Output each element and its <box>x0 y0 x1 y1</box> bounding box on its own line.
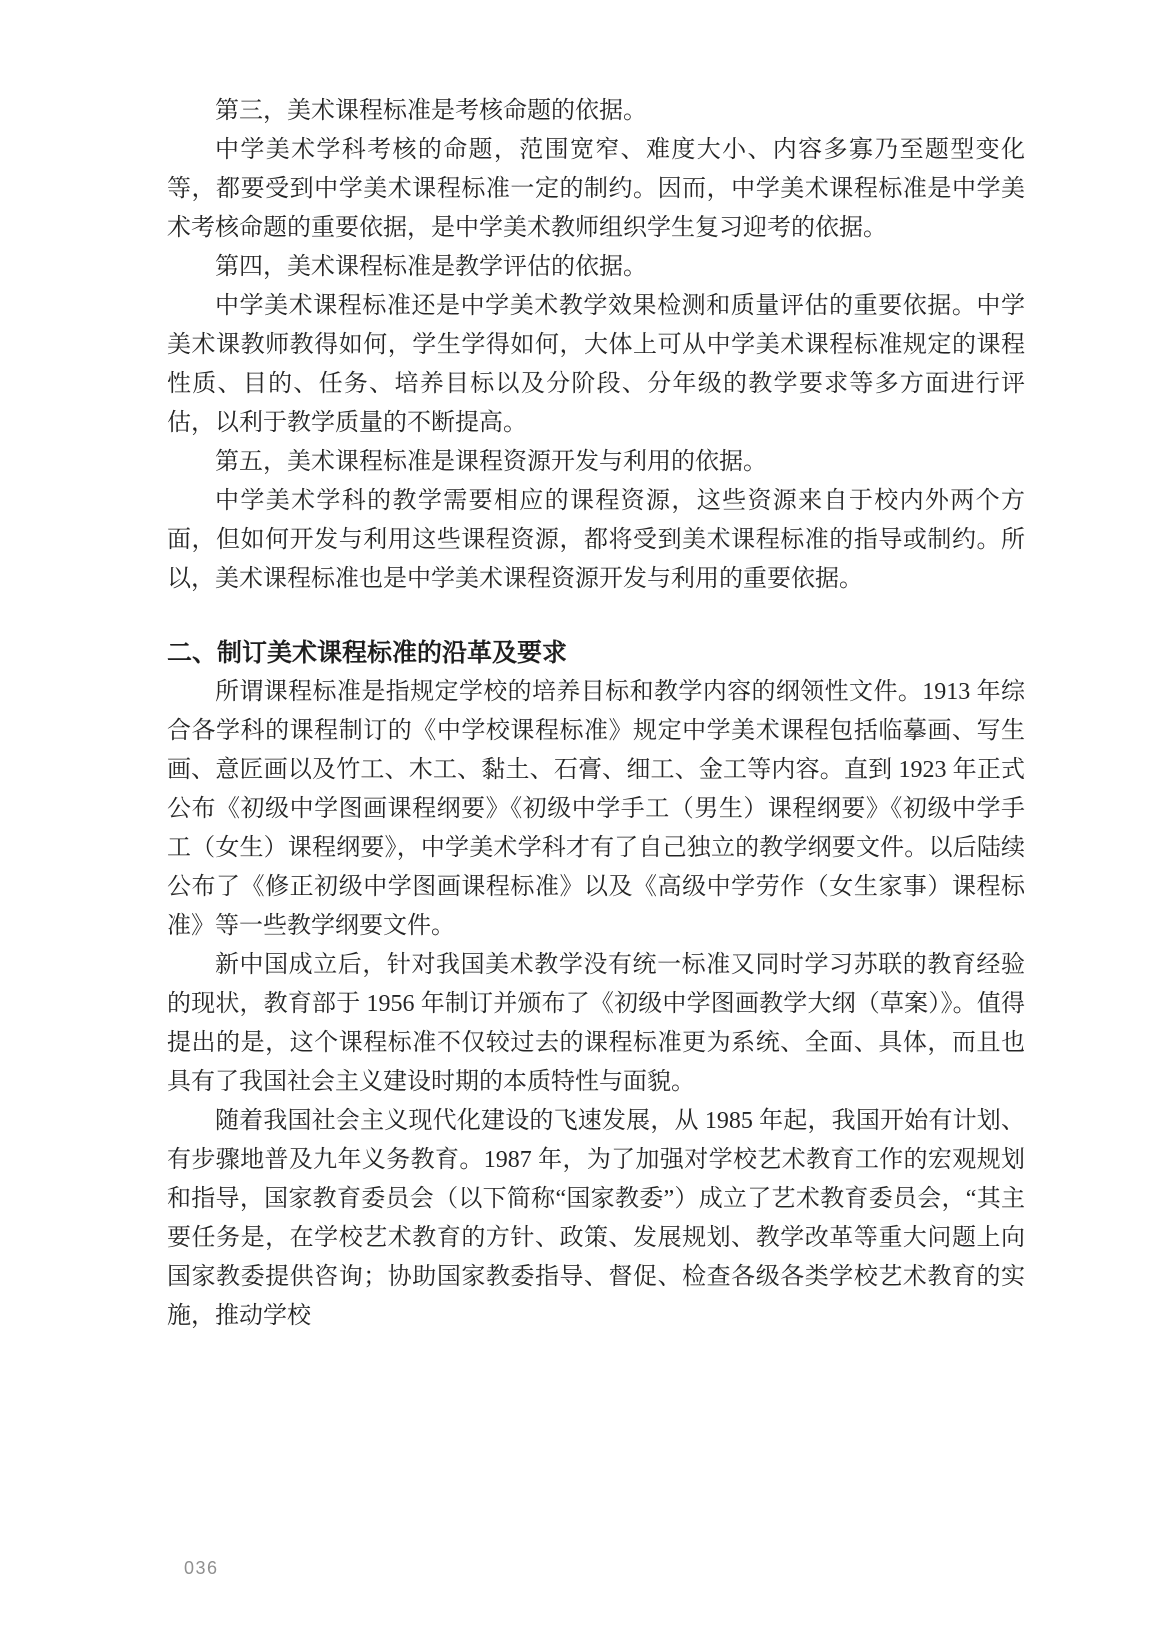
paragraph-third-point-body: 中学美术学科考核的命题，范围宽窄、难度大小、内容多寡乃至题型变化等，都要受到中学… <box>167 131 1025 248</box>
paragraph-history-1956: 新中国成立后，针对我国美术教学没有统一标准又同时学习苏联的教育经验的现状，教育部… <box>167 946 1025 1102</box>
paragraph-history-1913: 所谓课程标准是指规定学校的培养目标和教学内容的纲领性文件。1913 年综合各学科… <box>167 673 1025 946</box>
page-content: 第三，美术课程标准是考核命题的依据。 中学美术学科考核的命题，范围宽窄、难度大小… <box>167 92 1025 1336</box>
paragraph-fifth-point: 第五，美术课程标准是课程资源开发与利用的依据。 <box>167 443 1025 482</box>
paragraph-third-point: 第三，美术课程标准是考核命题的依据。 <box>167 92 1025 131</box>
paragraph-fourth-point-body: 中学美术课程标准还是中学美术教学效果检测和质量评估的重要依据。中学美术课教师教得… <box>167 287 1025 443</box>
paragraph-history-1985: 随着我国社会主义现代化建设的飞速发展，从 1985 年起，我国开始有计划、有步骤… <box>167 1102 1025 1336</box>
section-heading: 二、制订美术课程标准的沿革及要求 <box>167 633 1025 673</box>
page-number: 036 <box>184 1556 219 1580</box>
paragraph-fourth-point: 第四，美术课程标准是教学评估的依据。 <box>167 248 1025 287</box>
paragraph-fifth-point-body: 中学美术学科的教学需要相应的课程资源，这些资源来自于校内外两个方面，但如何开发与… <box>167 482 1025 599</box>
book-page: 第三，美术课程标准是考核命题的依据。 中学美术学科考核的命题，范围宽窄、难度大小… <box>0 0 1165 1637</box>
